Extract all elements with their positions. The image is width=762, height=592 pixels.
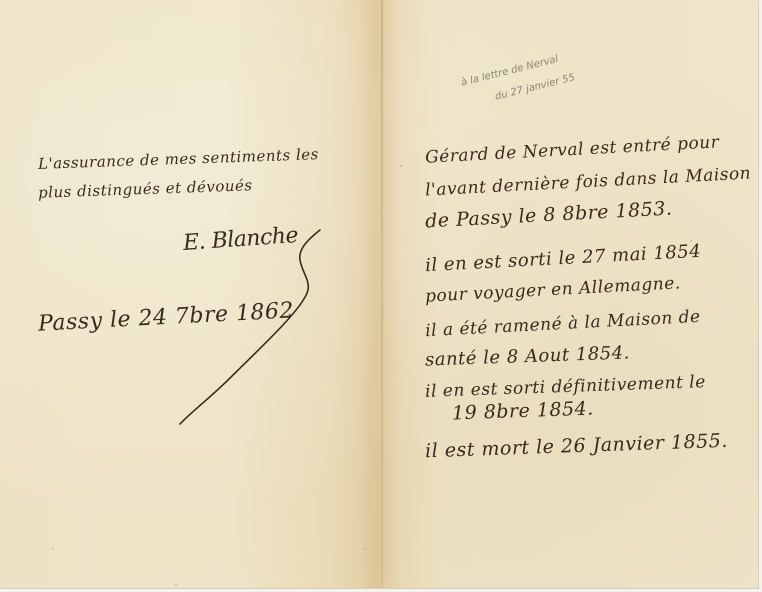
paper-speck — [364, 548, 366, 550]
paper-speck — [52, 548, 54, 550]
paper-speck — [175, 584, 177, 586]
paper-speck — [400, 165, 402, 167]
paper-speck — [690, 240, 692, 242]
center-fold — [381, 0, 383, 588]
letter-sheet: L'assurance de mes sentiments les plus d… — [0, 0, 758, 588]
